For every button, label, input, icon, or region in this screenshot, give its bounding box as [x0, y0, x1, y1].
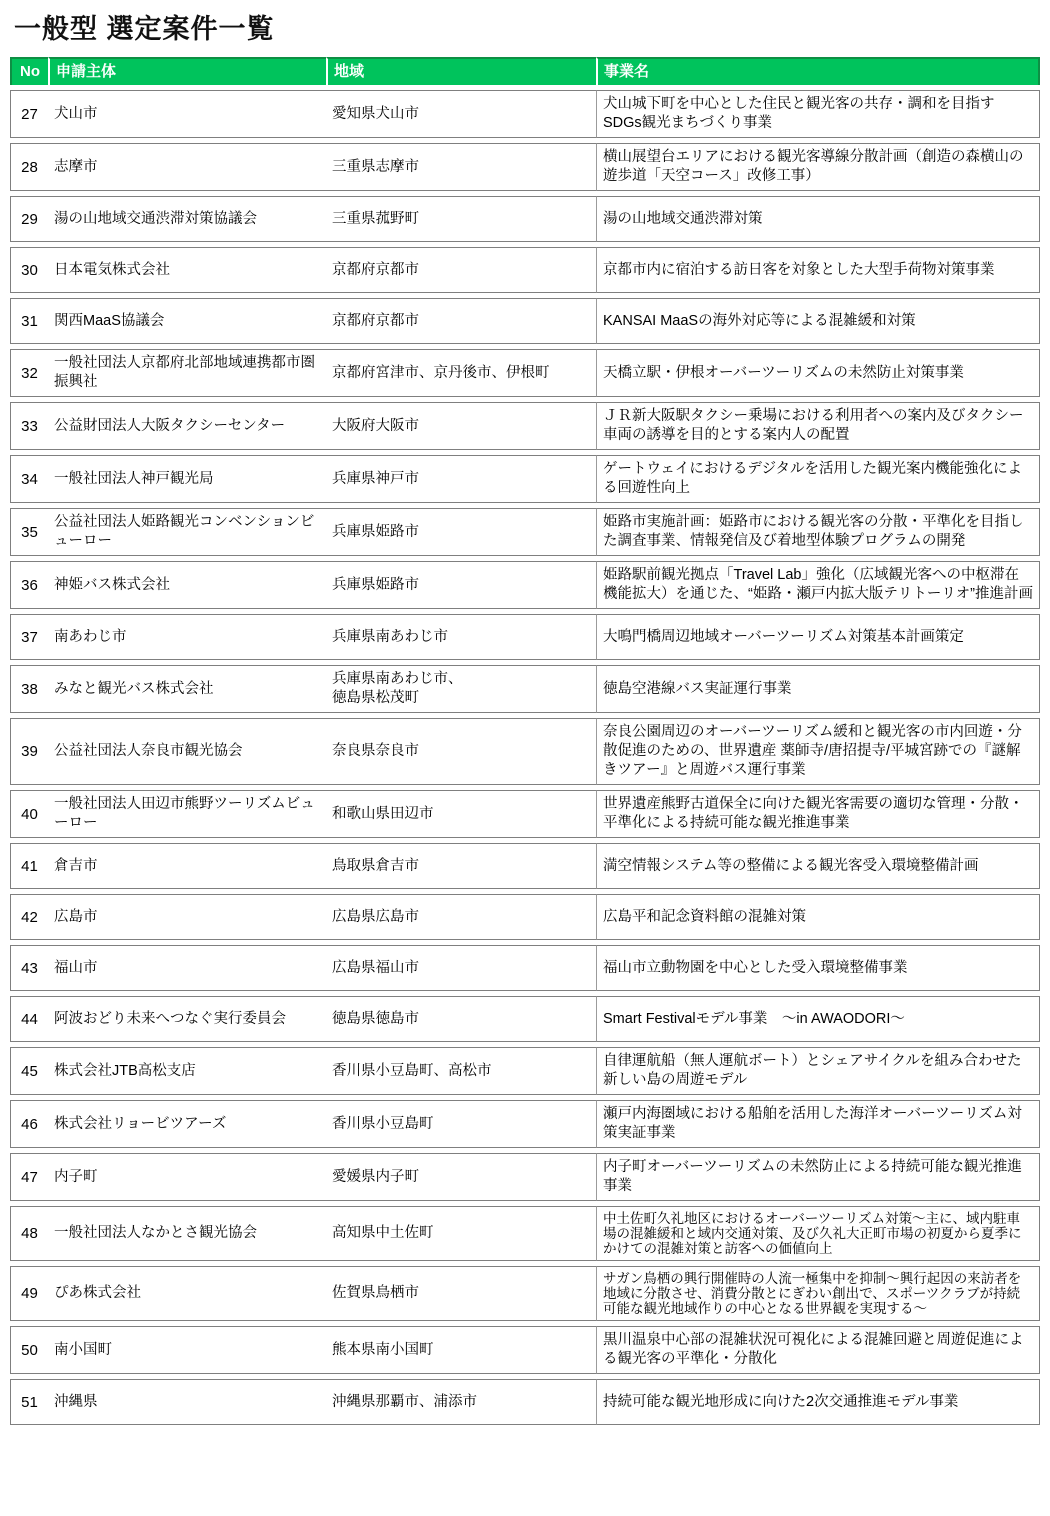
table-body: 27 犬山市 愛知県犬山市 犬山城下町を中心とした住民と観光客の共存・調和を目指… — [10, 90, 1040, 1425]
row-region-cell: 徳島県徳島市 — [326, 996, 596, 1042]
row-project-cell: KANSAI MaaSの海外対応等による混雑緩和対策 — [596, 298, 1040, 344]
table-row: 47 内子町 愛媛県内子町 内子町オーバーツーリズムの未然防止による持続可能な観… — [10, 1153, 1040, 1201]
row-no-cell: 27 — [10, 90, 48, 138]
row-project-cell: 湯の山地域交通渋滞対策 — [596, 196, 1040, 242]
row-region-cell: 兵庫県神戸市 — [326, 455, 596, 503]
row-region-cell: 京都府宮津市、京丹後市、伊根町 — [326, 349, 596, 397]
table-row: 33 公益財団法人大阪タクシーセンター 大阪府大阪市 ＪＲ新大阪駅タクシー乗場に… — [10, 402, 1040, 450]
selected-projects-table: No 申請主体 地域 事業名 27 犬山市 愛知県犬山市 犬山城下町を中心とした… — [10, 52, 1040, 1430]
page-title: 一般型 選定案件一覧 — [14, 13, 275, 45]
table-row: 28 志摩市 三重県志摩市 横山展望台エリアにおける観光客導線分散計画（創造の森… — [10, 143, 1040, 191]
header-region: 地域 — [326, 57, 596, 85]
table-row: 35 公益社団法人姫路観光コンベンションビューロー 兵庫県姫路市 姫路市実施計画… — [10, 508, 1040, 556]
row-no-cell: 29 — [10, 196, 48, 242]
table-row: 32 一般社団法人京都府北部地域連携都市圏振興社 京都府宮津市、京丹後市、伊根町… — [10, 349, 1040, 397]
row-region-cell: 沖縄県那覇市、浦添市 — [326, 1379, 596, 1425]
table-header-row: No 申請主体 地域 事業名 — [10, 57, 1040, 85]
row-applicant-cell: 阿波おどり未来へつなぐ実行委員会 — [48, 996, 326, 1042]
row-no-cell: 44 — [10, 996, 48, 1042]
row-region-cell: 香川県小豆島町 — [326, 1100, 596, 1148]
row-project-cell: 黒川温泉中心部の混雑状況可視化による混雑回避と周遊促進による観光客の平準化・分散… — [596, 1326, 1040, 1374]
row-project-cell: 徳島空港線バス実証運行事業 — [596, 665, 1040, 713]
row-applicant-cell: 神姫バス株式会社 — [48, 561, 326, 609]
row-project-cell: Smart Festivalモデル事業 ～in AWAODORI～ — [596, 996, 1040, 1042]
row-region-cell: 大阪府大阪市 — [326, 402, 596, 450]
row-no-cell: 49 — [10, 1266, 48, 1321]
row-region-cell: 京都府京都市 — [326, 298, 596, 344]
row-region-cell: 佐賀県鳥栖市 — [326, 1266, 596, 1321]
row-applicant-cell: 一般社団法人田辺市熊野ツーリズムビューロー — [48, 790, 326, 838]
table-row: 30 日本電気株式会社 京都府京都市 京都市内に宿泊する訪日客を対象とした大型手… — [10, 247, 1040, 293]
row-region-cell: 兵庫県姫路市 — [326, 508, 596, 556]
table-row: 37 南あわじ市 兵庫県南あわじ市 大鳴門橋周辺地域オーバーツーリズム対策基本計… — [10, 614, 1040, 660]
row-no-cell: 40 — [10, 790, 48, 838]
row-applicant-cell: 一般社団法人なかとさ観光協会 — [48, 1206, 326, 1261]
document-page: 一般型 選定案件一覧 No 申請主体 地域 事業名 27 犬山市 愛知県犬山市 … — [0, 0, 1050, 1516]
header-project: 事業名 — [596, 57, 1040, 85]
row-region-cell: 広島県広島市 — [326, 894, 596, 940]
row-applicant-cell: 公益財団法人大阪タクシーセンター — [48, 402, 326, 450]
header-applicant: 申請主体 — [48, 57, 326, 85]
table-row: 43 福山市 広島県福山市 福山市立動物園を中心とした受入環境整備事業 — [10, 945, 1040, 991]
row-no-cell: 50 — [10, 1326, 48, 1374]
row-applicant-cell: 沖縄県 — [48, 1379, 326, 1425]
header-no: No — [10, 57, 48, 85]
row-no-cell: 39 — [10, 718, 48, 785]
row-project-cell: ＪＲ新大阪駅タクシー乗場における利用者への案内及びタクシー車両の誘導を目的とする… — [596, 402, 1040, 450]
row-applicant-cell: 公益社団法人姫路観光コンベンションビューロー — [48, 508, 326, 556]
row-project-cell: 持続可能な観光地形成に向けた2次交通推進モデル事業 — [596, 1379, 1040, 1425]
row-no-cell: 46 — [10, 1100, 48, 1148]
row-project-cell: サガン鳥栖の興行開催時の人流一極集中を抑制～興行起因の来訪者を地域に分散させ、消… — [596, 1266, 1040, 1321]
row-region-cell: 三重県菰野町 — [326, 196, 596, 242]
row-applicant-cell: 南あわじ市 — [48, 614, 326, 660]
row-project-cell: 広島平和記念資料館の混雑対策 — [596, 894, 1040, 940]
row-no-cell: 33 — [10, 402, 48, 450]
row-no-cell: 51 — [10, 1379, 48, 1425]
row-no-cell: 47 — [10, 1153, 48, 1201]
row-region-cell: 奈良県奈良市 — [326, 718, 596, 785]
row-region-cell: 三重県志摩市 — [326, 143, 596, 191]
row-no-cell: 48 — [10, 1206, 48, 1261]
table-row: 39 公益社団法人奈良市観光協会 奈良県奈良市 奈良公園周辺のオーバーツーリズム… — [10, 718, 1040, 785]
row-applicant-cell: 倉吉市 — [48, 843, 326, 889]
table-header: No 申請主体 地域 事業名 — [10, 57, 1040, 85]
row-no-cell: 30 — [10, 247, 48, 293]
row-project-cell: 犬山城下町を中心とした住民と観光客の共存・調和を目指すSDGs観光まちづくり事業 — [596, 90, 1040, 138]
row-region-cell: 広島県福山市 — [326, 945, 596, 991]
row-applicant-cell: 広島市 — [48, 894, 326, 940]
row-region-cell: 愛知県犬山市 — [326, 90, 596, 138]
row-region-cell: 高知県中土佐町 — [326, 1206, 596, 1261]
row-no-cell: 28 — [10, 143, 48, 191]
row-applicant-cell: 日本電気株式会社 — [48, 247, 326, 293]
row-no-cell: 32 — [10, 349, 48, 397]
row-applicant-cell: みなと観光バス株式会社 — [48, 665, 326, 713]
table-row: 41 倉吉市 鳥取県倉吉市 満空情報システム等の整備による観光客受入環境整備計画 — [10, 843, 1040, 889]
row-project-cell: 自律運航船（無人運航ボート）とシェアサイクルを組み合わせた新しい島の周遊モデル — [596, 1047, 1040, 1095]
row-applicant-cell: 一般社団法人神戸観光局 — [48, 455, 326, 503]
table-row: 34 一般社団法人神戸観光局 兵庫県神戸市 ゲートウェイにおけるデジタルを活用し… — [10, 455, 1040, 503]
row-no-cell: 43 — [10, 945, 48, 991]
row-project-cell: ゲートウェイにおけるデジタルを活用した観光案内機能強化による回遊性向上 — [596, 455, 1040, 503]
row-no-cell: 37 — [10, 614, 48, 660]
table-row: 31 関西MaaS協議会 京都府京都市 KANSAI MaaSの海外対応等による… — [10, 298, 1040, 344]
table-row: 29 湯の山地域交通渋滞対策協議会 三重県菰野町 湯の山地域交通渋滞対策 — [10, 196, 1040, 242]
row-no-cell: 36 — [10, 561, 48, 609]
table-row: 51 沖縄県 沖縄県那覇市、浦添市 持続可能な観光地形成に向けた2次交通推進モデ… — [10, 1379, 1040, 1425]
row-region-cell: 京都府京都市 — [326, 247, 596, 293]
row-applicant-cell: 志摩市 — [48, 143, 326, 191]
row-applicant-cell: 公益社団法人奈良市観光協会 — [48, 718, 326, 785]
row-no-cell: 41 — [10, 843, 48, 889]
row-no-cell: 42 — [10, 894, 48, 940]
row-project-cell: 横山展望台エリアにおける観光客導線分散計画（創造の森横山の遊歩道「天空コース」改… — [596, 143, 1040, 191]
table-row: 27 犬山市 愛知県犬山市 犬山城下町を中心とした住民と観光客の共存・調和を目指… — [10, 90, 1040, 138]
row-applicant-cell: 関西MaaS協議会 — [48, 298, 326, 344]
table-row: 46 株式会社リョービツアーズ 香川県小豆島町 瀬戸内海圏域における船舶を活用し… — [10, 1100, 1040, 1148]
row-region-cell: 愛媛県内子町 — [326, 1153, 596, 1201]
row-no-cell: 34 — [10, 455, 48, 503]
row-project-cell: 大鳴門橋周辺地域オーバーツーリズム対策基本計画策定 — [596, 614, 1040, 660]
row-region-cell: 兵庫県南あわじ市、 徳島県松茂町 — [326, 665, 596, 713]
table-row: 50 南小国町 熊本県南小国町 黒川温泉中心部の混雑状況可視化による混雑回避と周… — [10, 1326, 1040, 1374]
row-region-cell: 熊本県南小国町 — [326, 1326, 596, 1374]
row-project-cell: 福山市立動物園を中心とした受入環境整備事業 — [596, 945, 1040, 991]
row-region-cell: 鳥取県倉吉市 — [326, 843, 596, 889]
row-region-cell: 和歌山県田辺市 — [326, 790, 596, 838]
row-project-cell: 世界遺産熊野古道保全に向けた観光客需要の適切な管理・分散・平準化による持続可能な… — [596, 790, 1040, 838]
table-row: 45 株式会社JTB高松支店 香川県小豆島町、高松市 自律運航船（無人運航ボート… — [10, 1047, 1040, 1095]
row-project-cell: 満空情報システム等の整備による観光客受入環境整備計画 — [596, 843, 1040, 889]
row-applicant-cell: 湯の山地域交通渋滞対策協議会 — [48, 196, 326, 242]
row-no-cell: 38 — [10, 665, 48, 713]
row-applicant-cell: 犬山市 — [48, 90, 326, 138]
row-no-cell: 45 — [10, 1047, 48, 1095]
row-applicant-cell: ぴあ株式会社 — [48, 1266, 326, 1321]
row-applicant-cell: 株式会社JTB高松支店 — [48, 1047, 326, 1095]
row-project-cell: 京都市内に宿泊する訪日客を対象とした大型手荷物対策事業 — [596, 247, 1040, 293]
table-row: 36 神姫バス株式会社 兵庫県姫路市 姫路駅前観光拠点「Travel Lab」強… — [10, 561, 1040, 609]
table-row: 48 一般社団法人なかとさ観光協会 高知県中土佐町 中土佐町久礼地区におけるオー… — [10, 1206, 1040, 1261]
table-row: 38 みなと観光バス株式会社 兵庫県南あわじ市、 徳島県松茂町 徳島空港線バス実… — [10, 665, 1040, 713]
row-project-cell: 姫路駅前観光拠点「Travel Lab」強化（広域観光客への中枢滞在機能拡大）を… — [596, 561, 1040, 609]
row-no-cell: 31 — [10, 298, 48, 344]
row-applicant-cell: 福山市 — [48, 945, 326, 991]
table-row: 49 ぴあ株式会社 佐賀県鳥栖市 サガン鳥栖の興行開催時の人流一極集中を抑制～興… — [10, 1266, 1040, 1321]
row-project-cell: 天橋立駅・伊根オーバーツーリズムの未然防止対策事業 — [596, 349, 1040, 397]
row-project-cell: 姫路市実施計画：姫路市における観光客の分散・平準化を目指した調査事業、情報発信及… — [596, 508, 1040, 556]
table-row: 40 一般社団法人田辺市熊野ツーリズムビューロー 和歌山県田辺市 世界遺産熊野古… — [10, 790, 1040, 838]
table-row: 42 広島市 広島県広島市 広島平和記念資料館の混雑対策 — [10, 894, 1040, 940]
row-region-cell: 香川県小豆島町、高松市 — [326, 1047, 596, 1095]
row-project-cell: 内子町オーバーツーリズムの未然防止による持続可能な観光推進事業 — [596, 1153, 1040, 1201]
row-project-cell: 中土佐町久礼地区におけるオーバーツーリズム対策～主に、域内駐車場の混雑緩和と域内… — [596, 1206, 1040, 1261]
row-region-cell: 兵庫県姫路市 — [326, 561, 596, 609]
row-project-cell: 瀬戸内海圏域における船舶を活用した海洋オーバーツーリズム対策実証事業 — [596, 1100, 1040, 1148]
row-project-cell: 奈良公園周辺のオーバーツーリズム緩和と観光客の市内回遊・分散促進のための、世界遺… — [596, 718, 1040, 785]
table-row: 44 阿波おどり未来へつなぐ実行委員会 徳島県徳島市 Smart Festiva… — [10, 996, 1040, 1042]
row-no-cell: 35 — [10, 508, 48, 556]
row-applicant-cell: 一般社団法人京都府北部地域連携都市圏振興社 — [48, 349, 326, 397]
row-applicant-cell: 株式会社リョービツアーズ — [48, 1100, 326, 1148]
row-applicant-cell: 南小国町 — [48, 1326, 326, 1374]
row-applicant-cell: 内子町 — [48, 1153, 326, 1201]
row-region-cell: 兵庫県南あわじ市 — [326, 614, 596, 660]
